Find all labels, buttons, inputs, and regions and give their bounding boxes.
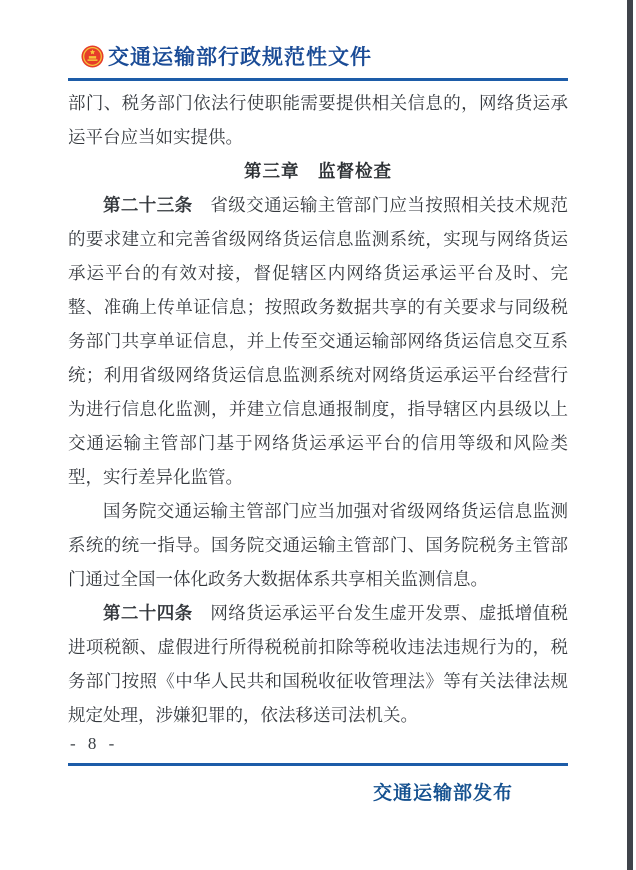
document-page: { "window": { "right_edge_color": "#3f43… — [0, 0, 636, 870]
document-header: 交通运输部行政规范性文件 — [68, 42, 568, 70]
article-number: 第二十三条 — [103, 195, 193, 215]
chapter-heading: 第三章 监督检查 — [68, 154, 568, 188]
body-paragraph: 第二十三条 省级交通运输主管部门应当按照相关技术规范的要求建立和完善省级网络货运… — [68, 188, 568, 494]
body-paragraph: 第二十四条 网络货运承运平台发生虚开发票、虚抵增值税进项税额、虚假进行所得税税前… — [68, 596, 568, 732]
article-number: 第二十四条 — [103, 603, 193, 623]
body-paragraph: 部门、税务部门依法行使职能需要提供相关信息的，网络货运承运平台应当如实提供。 — [68, 86, 568, 154]
publisher-label: 交通运输部发布 — [373, 778, 513, 805]
viewer-right-edge — [627, 0, 633, 870]
china-national-emblem-icon — [81, 45, 104, 68]
page-number: - 8 - — [70, 734, 118, 754]
document-body: 部门、税务部门依法行使职能需要提供相关信息的，网络货运承运平台应当如实提供。第三… — [68, 86, 568, 732]
document-header-title: 交通运输部行政规范性文件 — [108, 41, 372, 71]
header-rule — [68, 78, 568, 81]
footer-rule — [68, 763, 568, 766]
body-paragraph: 国务院交通运输主管部门应当加强对省级网络货运信息监测系统的统一指导。国务院交通运… — [68, 494, 568, 596]
